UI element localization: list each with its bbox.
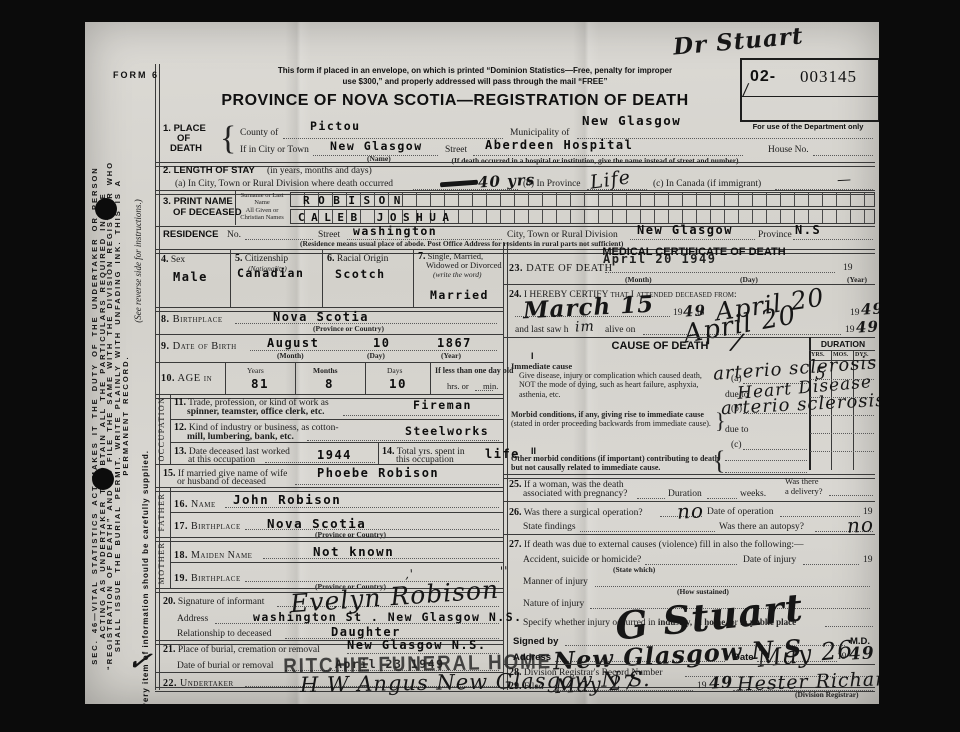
leader (605, 271, 835, 273)
leader (637, 497, 665, 499)
occupation-value: Fireman (413, 398, 472, 412)
leader (825, 625, 873, 627)
cause-i-label: I (531, 351, 534, 361)
relationship-label: Relationship to deceased (177, 629, 271, 639)
sex-value: Male (173, 270, 208, 284)
immediate-cause-label: Immediate cause (511, 361, 572, 371)
spouse-value: Phoebe Robison (317, 466, 439, 480)
relationship-value: Daughter (331, 625, 401, 639)
citizenship-value: Canadian (237, 266, 304, 280)
delivery-label2: a delivery? (785, 486, 823, 496)
death-month-caption: (Month) (625, 275, 652, 284)
s2-label: 2. LENGTH OF STAY (163, 165, 255, 176)
margin-reverse-note: (See reverse side for instructions.) (133, 162, 143, 360)
age-hrs-label: hrs. or (447, 381, 469, 391)
age-months-label: Months (313, 366, 338, 375)
divider (170, 442, 503, 443)
marital-label2: Widowed or Divorced (426, 260, 502, 270)
duration-weeks-label: Duration (668, 489, 702, 499)
municipality-value: New Glasgow (582, 113, 681, 128)
accident-label: Accident, suicide or homicide? (523, 555, 641, 565)
s2c-label: (c) In Canada (if immigrant) (653, 179, 761, 189)
registration-number-box: 02- 003145 (740, 58, 879, 122)
margin-sec46-notice: SEC. 46—VITAL STATISTICS ACT MAKES IT TH… (91, 147, 137, 684)
dob-day-caption: (Day) (367, 351, 385, 360)
mother-birthplace-label: 19. Birthplace (174, 573, 241, 584)
leader (829, 494, 873, 496)
leader (580, 530, 715, 532)
burial-place-value: New Glasgow N.S. (347, 638, 487, 652)
physician-address-label: Address (513, 652, 551, 663)
divider (235, 190, 236, 225)
dob-year: 1867 (437, 336, 472, 350)
s2b-label: (b) In Province (523, 179, 581, 189)
from-year-pre: 19 (673, 308, 683, 318)
manner-injury-label: Manner of injury (523, 577, 588, 587)
birthplace-caption: (Province or Country) (313, 324, 384, 333)
county-label: County of (240, 128, 278, 138)
street-label: Street (445, 145, 467, 155)
father-name-label: 16. Name (174, 499, 216, 510)
ink-smear (440, 180, 478, 188)
injury-date-label: Date of injury (743, 555, 796, 565)
father-birthplace-label: 17. Birthplace (174, 521, 241, 532)
s2c-value: — (837, 172, 853, 189)
informant-label: 20. Signature of informant (163, 596, 264, 607)
filed-year-value: 49 (709, 672, 734, 692)
delivery-label1: Was there (785, 476, 819, 486)
form-number: FORM 6 (113, 70, 159, 80)
divider (155, 464, 503, 465)
filed-year-pre: 19 (697, 681, 707, 691)
doctor-annotation: Dr Stuart (672, 22, 805, 60)
city-town-label: If in City or Town (240, 145, 309, 155)
age-years-label: Years (247, 366, 264, 375)
s12-label2: mill, lumbering, bank, etc. (187, 432, 294, 442)
morbid-conditions-text: Morbid conditions, if any, giving rise t… (511, 410, 711, 429)
dob-month-caption: (Month) (277, 351, 304, 360)
age-days-label: Days (387, 366, 402, 375)
divider (378, 442, 379, 464)
given-names-value: CALEB JOSHUA (298, 211, 455, 224)
him-hw: im (575, 318, 596, 335)
s25-label2: associated with pregnancy? (523, 489, 627, 499)
to-year-value: 49 (861, 299, 879, 318)
death-year-caption: (Year) (847, 275, 867, 284)
mail-notice-line1: This form if placed in an envelope, on w… (195, 66, 755, 75)
house-no-label: House No. (768, 145, 809, 155)
municipality-label: Municipality of (510, 128, 569, 138)
s26-label: 26. Was there a surgical operation? (509, 507, 643, 518)
autopsy-label: Was there an autopsy? (719, 522, 804, 532)
father-side-label: FATHER (157, 489, 166, 535)
age-min-label: min. (483, 381, 498, 391)
divider (170, 512, 503, 513)
surgical-operation-value: no (676, 498, 704, 523)
weeks-label: weeks. (740, 489, 766, 499)
leader (343, 414, 499, 416)
signed-year-pre: 19 (837, 652, 847, 662)
age-months-value: 8 (325, 376, 334, 391)
divider (809, 350, 875, 351)
dob-month: August (267, 336, 319, 350)
alive-year-pre: 19 (845, 325, 855, 335)
ink-checkmark: ✓ (125, 642, 156, 680)
last-saw-label: and last saw h (515, 325, 569, 335)
s3-label2: OF DECEASED (173, 207, 242, 218)
divider (170, 419, 503, 420)
leader (813, 154, 873, 156)
divider (155, 334, 503, 335)
industry-value: Steelworks (405, 424, 489, 438)
death-registration-form: SEC. 46—VITAL STATISTICS ACT MAKES IT TH… (85, 22, 879, 704)
divider (155, 226, 875, 227)
ink-mark: ,' (405, 567, 415, 581)
divider (295, 362, 296, 394)
divider (170, 394, 171, 464)
operation-date-label: Date of operation (707, 507, 773, 517)
leader (803, 563, 859, 565)
department-only-caption: For use of the Department only (740, 122, 876, 131)
state-which-caption: (State which) (613, 565, 655, 574)
scan-background: SEC. 46—VITAL STATISTICS ACT MAKES IT TH… (0, 0, 960, 732)
mother-side-label: MOTHER (157, 540, 166, 586)
punch-hole (95, 198, 117, 220)
divider (225, 362, 226, 394)
occupation-side-label: OCCUPATION (157, 396, 166, 462)
city-town-value: New Glasgow (330, 139, 423, 153)
surname-value: ROBISON (303, 194, 409, 207)
leader (295, 483, 499, 485)
immediate-cause-text: Give disease, injury or complication whi… (519, 371, 707, 399)
leader (810, 414, 874, 416)
dob-day: 10 (373, 336, 390, 350)
s27-label: 27. If death was due to external causes … (509, 539, 804, 550)
racial-origin-value: Scotch (335, 267, 386, 281)
to-year-pre: 19 (850, 308, 860, 318)
surname-sublabel: Surname or Last Name (238, 193, 286, 207)
divider (503, 337, 875, 338)
residence-city-value: New Glasgow (637, 223, 733, 237)
divider (155, 537, 503, 542)
residence-no-label: No. (227, 230, 241, 240)
leader (595, 585, 870, 587)
date-of-death-label: 23. DATE OF DEATH (509, 263, 613, 274)
street-value: Aberdeen Hospital (485, 138, 633, 152)
age-days-value: 10 (389, 376, 407, 391)
age-less-label: If less than one day old (435, 366, 513, 375)
mail-notice-line2: use $300,” and properly addressed will p… (195, 77, 755, 86)
leader (725, 459, 807, 461)
divider (503, 664, 875, 665)
signed-by-label: Signed by (513, 636, 558, 647)
cause-brace2: { (713, 446, 725, 476)
injury-year-pre: 19 (863, 555, 873, 565)
marital-value: Married (430, 288, 489, 302)
duration-heading: DURATION (811, 339, 875, 349)
divider (503, 534, 875, 535)
cause-c-label: (c) (731, 440, 742, 450)
age-years-value: 81 (251, 376, 269, 391)
divider (155, 162, 875, 167)
burial-place-label: 21. Place of burial, cremation or remova… (163, 644, 320, 655)
dob-label: 9. Date of Birth (161, 341, 237, 352)
citizenship-label: 5. Citizenship (235, 253, 288, 264)
maiden-name-label: 18. Maiden Name (174, 550, 252, 561)
nature-injury-label: Nature of injury (523, 599, 584, 609)
informant-address-value: washington St . New Glasgow N.S. (253, 610, 523, 624)
division-registrar-caption: (Division Registrar) (795, 690, 859, 699)
form-left-border (155, 64, 160, 690)
residence-street-value: washington (353, 224, 437, 238)
cause-brace: } (715, 408, 726, 434)
informant-address-label: Address (177, 614, 208, 624)
divider (170, 562, 503, 563)
registration-number: 003145 (800, 67, 857, 87)
sex-label: 4. Sex (161, 254, 185, 265)
divider (322, 249, 323, 307)
leader (725, 471, 807, 473)
divider (155, 362, 503, 363)
leader (810, 450, 874, 452)
cause-due2-label: due to (725, 425, 748, 435)
burial-date-label: Date of burial or removal (177, 661, 274, 671)
filed-date-value: May 27 (554, 670, 637, 698)
s1-brace: { (220, 120, 236, 158)
father-birthplace-value: Nova Scotia (267, 516, 366, 531)
leader (707, 497, 737, 499)
death-year-pre: 19 (843, 263, 853, 273)
divider (430, 362, 431, 394)
s1-label-death: DEATH (170, 143, 202, 154)
father-name-value: John Robison (233, 492, 341, 507)
s2a-label: (a) In City, Town or Rural Division wher… (175, 179, 393, 189)
undertaker-label: 22. Undertaker (163, 678, 234, 689)
divider (413, 249, 414, 307)
state-findings-label: State findings (523, 522, 576, 532)
last-worked-value: 1944 (317, 448, 352, 462)
given-names-sublabel: All Given or Christian Names (237, 208, 287, 222)
alive-year-value: 49 (856, 317, 879, 336)
maiden-name-value: Not known (313, 544, 394, 559)
punch-hole (92, 468, 114, 490)
leader (810, 432, 874, 434)
racial-origin-label: 6. Racial Origin (327, 253, 388, 264)
leader (307, 439, 499, 441)
birthplace-value: Nova Scotia (273, 310, 369, 324)
county-value: Pictou (310, 119, 361, 133)
death-day-caption: (Day) (740, 275, 758, 284)
divider (365, 362, 366, 394)
residence-label: RESIDENCE (163, 229, 218, 240)
ink-mark: '' (500, 564, 509, 578)
signed-year-value: 49 (848, 643, 875, 664)
dob-year-caption: (Year) (441, 351, 461, 360)
filed-label: 29. Filed (509, 681, 543, 692)
death-date-typed: April 20 1949 (603, 252, 716, 266)
marital-caption: (write the word) (433, 270, 481, 279)
s3-label1: 3. PRINT NAME (163, 196, 233, 207)
registration-number-prefix: 02- (750, 68, 776, 86)
form-title: PROVINCE OF NOVA SCOTIA—REGISTRATION OF … (165, 92, 745, 110)
s2-sublabel: (in years, months and days) (267, 166, 372, 176)
s11-label2: spinner, teamster, office clerk, etc. (187, 407, 325, 417)
leader (743, 448, 807, 450)
divider (230, 249, 231, 307)
age-label: 10. AGE in (161, 373, 212, 384)
birthplace-label: 8. Birthplace (161, 314, 223, 325)
leader (793, 238, 873, 240)
signed-date-label: Date (733, 652, 754, 663)
leader (645, 563, 737, 565)
residence-province-value: N.S (795, 223, 821, 237)
s15-label2: or husband of deceased (177, 477, 266, 487)
alive-on-label: alive on (605, 325, 635, 335)
other-morbid-text: Other morbid conditions (if important) c… (511, 454, 721, 472)
